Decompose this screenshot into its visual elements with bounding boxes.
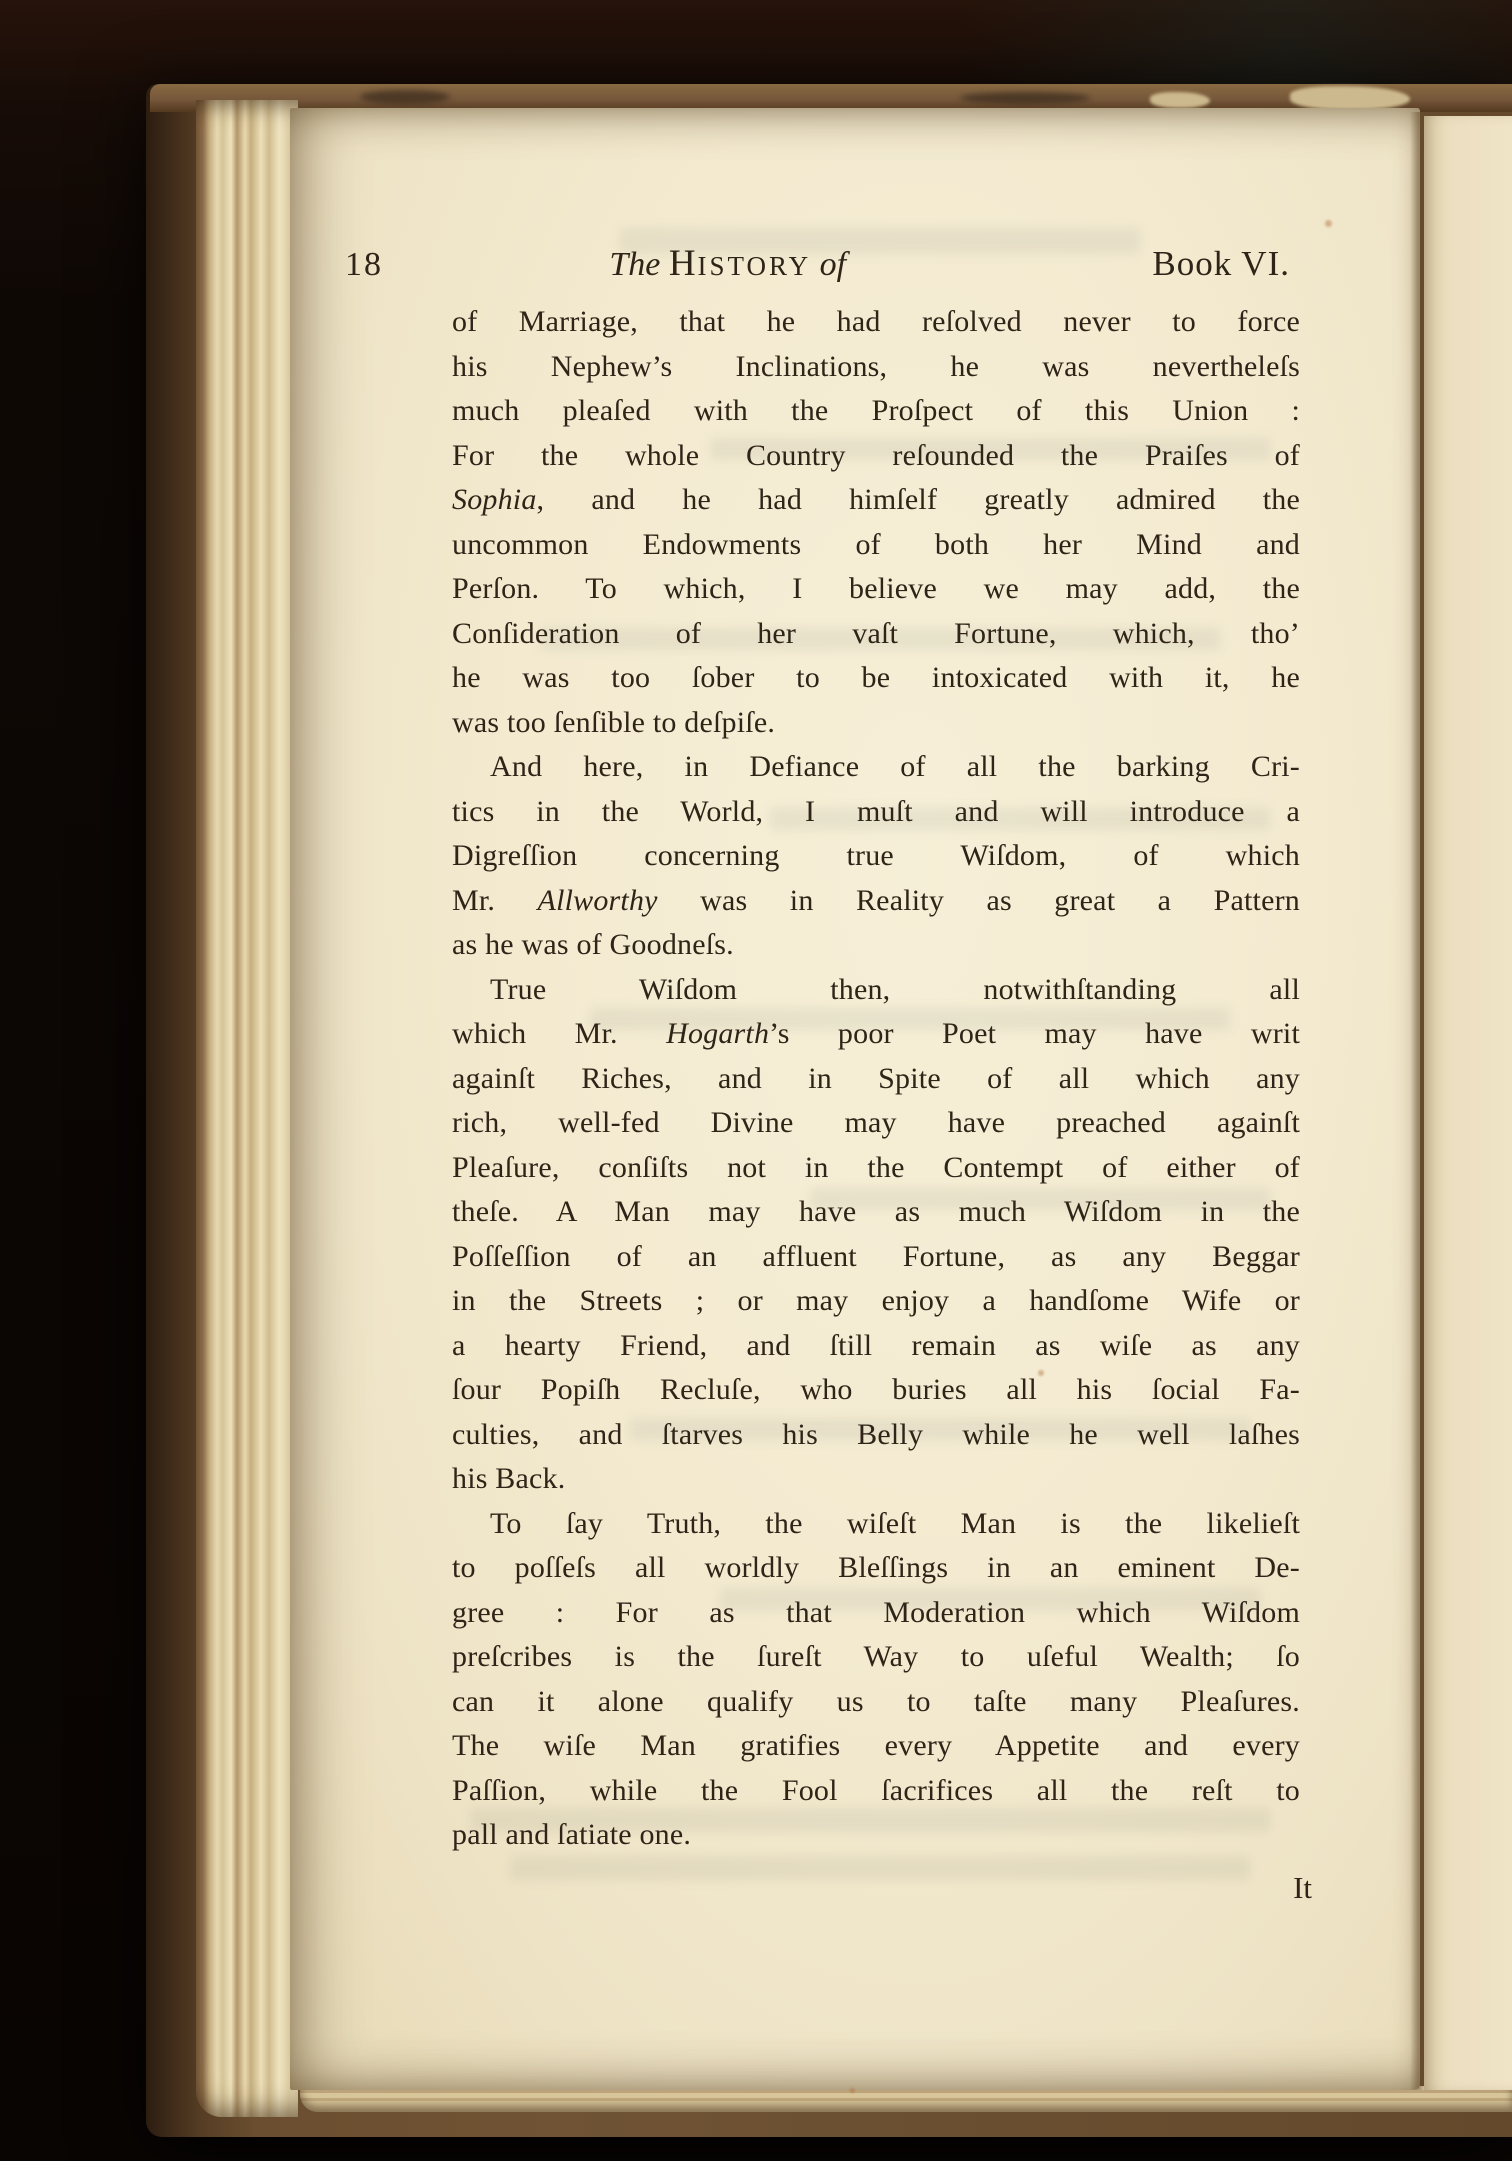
text-line: To ſay Truth, the wiſeſt Man is the like… [452,1502,1300,1547]
showthrough-ghost [510,1856,1250,1880]
text-line: to poſſeſs all worldly Bleſſings in an e… [452,1546,1300,1591]
running-title-the: The [609,246,660,283]
text-segment: preſcribes is the ſureſt Way to uſeful W… [452,1640,1300,1673]
text-segment: Paſſion, while the Fool ſacrifices all t… [452,1774,1300,1807]
text-line: Perſon. To which, I believe we may add, … [452,567,1300,612]
running-title-history: HISTORY [669,242,811,285]
text-segment: was too ſenſible to deſpiſe. [452,706,775,739]
foxing-spot [1325,220,1332,227]
text-line: his Nephew’s Inclinations, he was nevert… [452,345,1300,390]
text-line: Mr. Allworthy was in Reality as great a … [452,879,1300,924]
text-segment: For the whole Country reſounded the Prai… [452,439,1300,472]
text-line: his Back. [452,1457,1300,1502]
text-segment: Pleaſure, conſiſts not in the Contempt o… [452,1151,1300,1184]
board-wear-blotch [360,90,450,104]
text-segment: True Wiſdom then, notwithſtanding all [490,973,1300,1006]
text-segment: a hearty Friend, and ſtill remain as wiſ… [452,1329,1300,1362]
text-segment: And here, in Defiance of all the barking… [490,750,1300,783]
text-line: Conſideration of her vaſt Fortune, which… [452,612,1300,657]
text-line: can it alone qualify us to taſte many Pl… [452,1680,1300,1725]
italic-word: Allworthy [538,884,658,917]
text-segment: of Marriage, that he had reſolved never … [452,305,1300,338]
catchword: It [1293,1870,1312,1906]
text-segment: Mr. [452,884,538,917]
italic-word: Hogarth [666,1017,769,1050]
text-segment: rich, well-fed Divine may have preached … [452,1106,1300,1139]
text-line: uncommon Endowments of both her Mind and [452,523,1300,568]
text-line: in the Streets ; or may enjoy a handſome… [452,1279,1300,1324]
text-line: gree : For as that Moderation which Wiſd… [452,1591,1300,1636]
text-segment: culties, and ſtarves his Belly while he … [452,1418,1300,1451]
board-chip [1290,86,1410,110]
text-segment: ’s poor Poet may have writ [769,1017,1300,1050]
page-edges-left [196,100,298,2117]
text-segment: Poſſeſſion of an affluent Fortune, as an… [452,1240,1300,1273]
photo-of-book-page: 18 The HISTORY of Book VI. of Marriage, … [0,0,1512,2161]
text-segment: To ſay Truth, the wiſeſt Man is the like… [490,1507,1300,1540]
text-segment: in the Streets ; or may enjoy a handſome… [452,1284,1300,1317]
text-line: pall and ſatiate one. [452,1813,1300,1858]
text-segment: The wiſe Man gratifies every Appetite an… [452,1729,1300,1762]
text-line: For the whole Country reſounded the Prai… [452,434,1300,479]
next-page-edge [1424,116,1512,2090]
text-line: tics in the World, I muſt and will intro… [452,790,1300,835]
text-line: rich, well-fed Divine may have preached … [452,1101,1300,1146]
text-line: ſour Popiſh Recluſe, who buries all his … [452,1368,1300,1413]
text-segment: pall and ſatiate one. [452,1818,691,1851]
text-line: he was too ſober to be intoxicated with … [452,656,1300,701]
book-page: 18 The HISTORY of Book VI. of Marriage, … [290,108,1420,2090]
text-segment: was in Reality as great a Pattern [658,884,1300,917]
text-segment: which Mr. [452,1017,666,1050]
text-line: The wiſe Man gratifies every Appetite an… [452,1724,1300,1769]
text-line: And here, in Defiance of all the barking… [452,745,1300,790]
text-line: againſt Riches, and in Spite of all whic… [452,1057,1300,1102]
text-segment: ſour Popiſh Recluſe, who buries all his … [452,1373,1300,1406]
running-title-of: of [820,246,846,283]
italic-word: Sophia [452,483,537,516]
page-number: 18 [345,246,383,284]
text-line: culties, and ſtarves his Belly while he … [452,1413,1300,1458]
text-line: True Wiſdom then, notwithſtanding all [452,968,1300,1013]
text-segment: Perſon. To which, I believe we may add, … [452,572,1300,605]
text-segment: , and he had himſelf greatly admired the [537,483,1300,516]
text-line: a hearty Friend, and ſtill remain as wiſ… [452,1324,1300,1369]
text-segment: can it alone qualify us to taſte many Pl… [452,1685,1300,1718]
text-line: Paſſion, while the Fool ſacrifices all t… [452,1769,1300,1814]
foxing-spot [850,2088,855,2093]
text-line: which Mr. Hogarth’s poor Poet may have w… [452,1012,1300,1057]
text-segment: tics in the World, I muſt and will intro… [452,795,1300,828]
text-line: of Marriage, that he had reſolved never … [452,300,1300,345]
book-volume-label: Book VI. [1152,244,1290,284]
board-chip [1150,92,1210,108]
text-line: as he was of Goodneſs. [452,923,1300,968]
running-title: The HISTORY of [609,242,846,285]
text-line: Digreſſion concerning true Wiſdom, of wh… [452,834,1300,879]
text-segment: much pleaſed with the Proſpect of this U… [452,394,1300,427]
text-block: of Marriage, that he had reſolved never … [452,300,1300,1858]
text-line: Poſſeſſion of an affluent Fortune, as an… [452,1235,1300,1280]
text-line: Sophia, and he had himſelf greatly admir… [452,478,1300,523]
text-line: theſe. A Man may have as much Wiſdom in … [452,1190,1300,1235]
text-segment: his Back. [452,1462,565,1495]
text-segment: as he was of Goodneſs. [452,928,734,961]
text-segment: Conſideration of her vaſt Fortune, which… [452,617,1300,650]
text-line: preſcribes is the ſureſt Way to uſeful W… [452,1635,1300,1680]
board-wear-blotch [960,92,1090,104]
text-segment: he was too ſober to be intoxicated with … [452,661,1300,694]
text-line: was too ſenſible to deſpiſe. [452,701,1300,746]
text-segment: to poſſeſs all worldly Bleſſings in an e… [452,1551,1300,1584]
text-line: much pleaſed with the Proſpect of this U… [452,389,1300,434]
text-segment: againſt Riches, and in Spite of all whic… [452,1062,1300,1095]
text-segment: uncommon Endowments of both her Mind and [452,528,1300,561]
text-segment: theſe. A Man may have as much Wiſdom in … [452,1195,1300,1228]
running-header: 18 The HISTORY of Book VI. [290,242,1420,290]
text-segment: Digreſſion concerning true Wiſdom, of wh… [452,839,1300,872]
text-segment: gree : For as that Moderation which Wiſd… [452,1596,1300,1629]
text-segment: his Nephew’s Inclinations, he was nevert… [452,350,1300,383]
text-line: Pleaſure, conſiſts not in the Contempt o… [452,1146,1300,1191]
